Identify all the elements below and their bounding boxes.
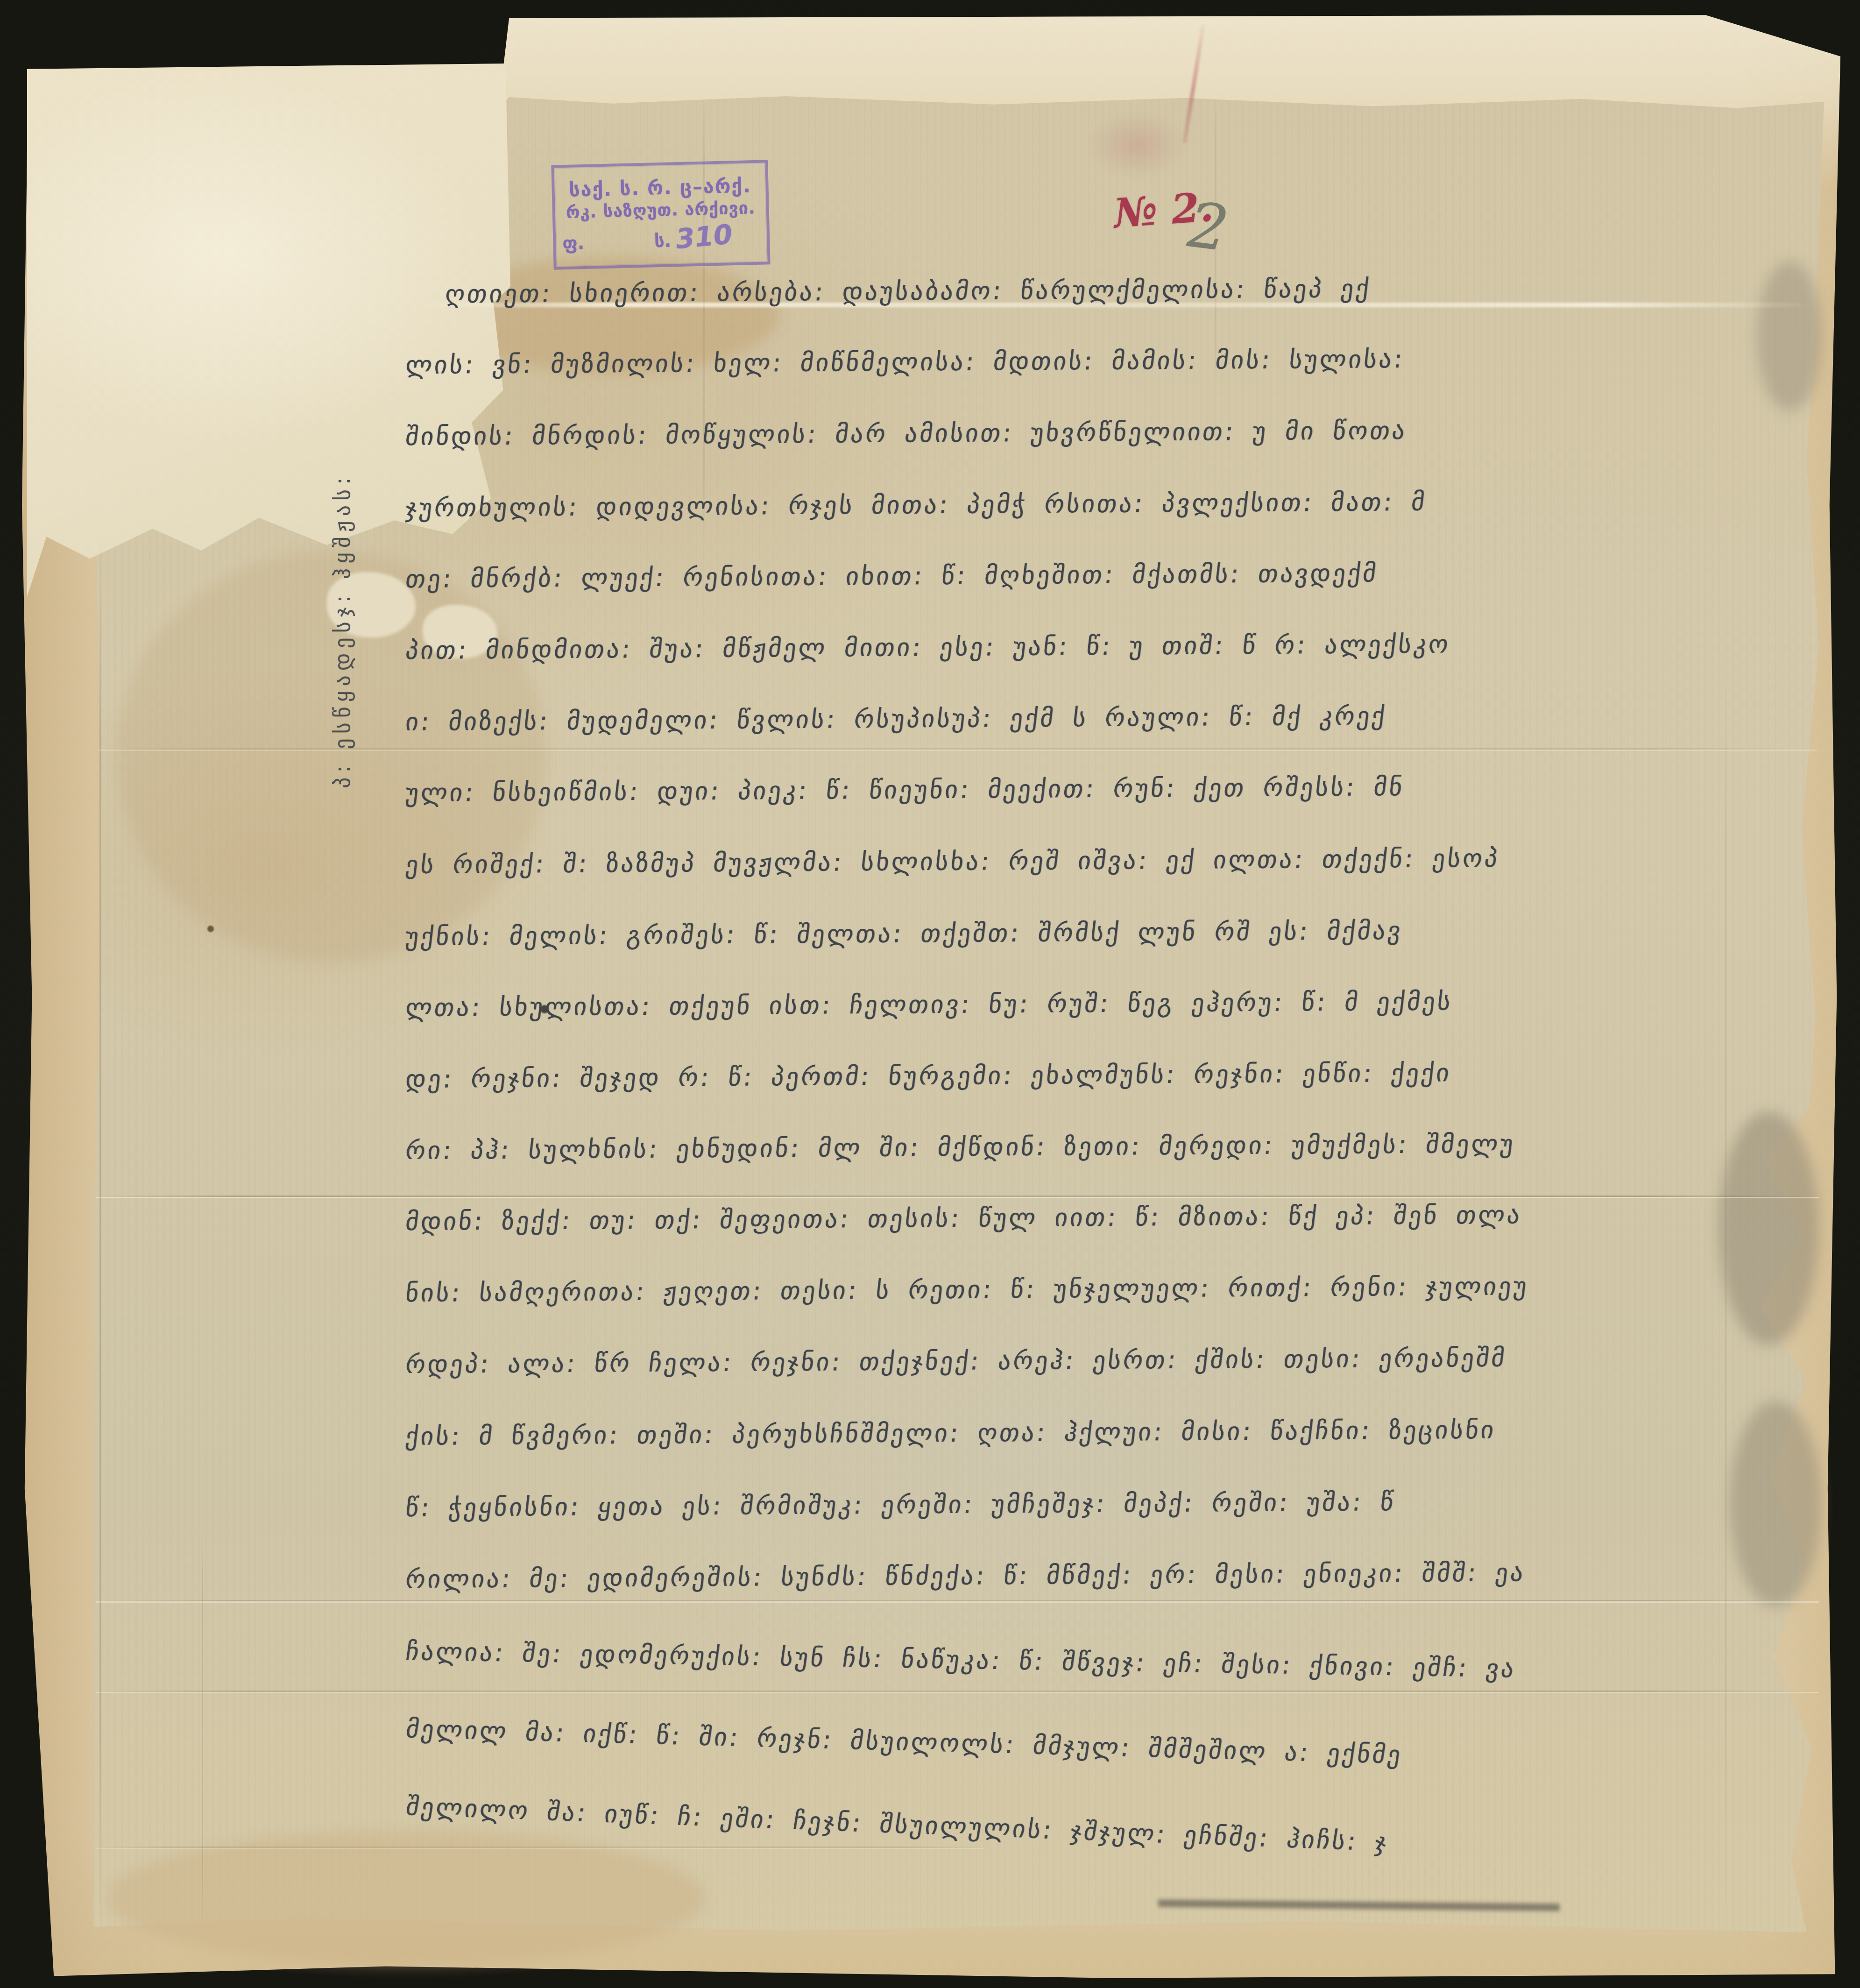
archive-stamp-number: 310 xyxy=(674,218,734,255)
archive-stamp: საქ. ს. რ. ც–არქ. რკ. საზღუთ. არქივი. ფ.… xyxy=(551,160,770,269)
red-ink-smudge xyxy=(1088,112,1186,177)
stain xyxy=(1719,1111,1819,1345)
stain xyxy=(107,1831,705,1966)
stain xyxy=(1757,262,1822,411)
archive-stamp-fond-label: ფ. xyxy=(562,233,585,254)
manuscript-line: ღთიეთ: სხიერით: არსება: დაუსაბამო: წარულ… xyxy=(444,275,1372,309)
archive-stamp-line3: ფ. ს. 310 xyxy=(555,219,767,256)
archive-stamp-series-label: ს. xyxy=(654,231,672,252)
fold-crease xyxy=(202,1532,203,1933)
ink-spot xyxy=(207,926,214,932)
margin-note-vertical: პ: ესწყადესჯ: ჰყშჟას: xyxy=(330,321,355,788)
manuscript-line: თე: მნრქბ: ლუექ: რენისითა: იხით: წ: მღხე… xyxy=(404,559,1380,594)
manuscript-line: წ: ჭეყნისნი: ყეთა ეს: შრმიშუკ: ერეში: უმ… xyxy=(404,1488,1397,1522)
fold-crease xyxy=(96,1196,1819,1197)
fold-crease xyxy=(96,1600,1819,1601)
fold-crease xyxy=(96,1691,1819,1692)
fold-crease xyxy=(96,1847,983,1848)
manuscript-line: ი: მიზექს: მუდემელი: წვლის: რსუპისუპ: ექ… xyxy=(404,702,1388,736)
fold-crease xyxy=(1725,677,1726,1915)
fold-crease xyxy=(99,537,101,1933)
fold-crease xyxy=(98,748,1817,750)
stain xyxy=(1730,1401,1821,1606)
scanned-document-page: საქ. ს. რ. ც–არქ. რკ. საზღუთ. არქივი. ფ.… xyxy=(0,0,1860,1988)
